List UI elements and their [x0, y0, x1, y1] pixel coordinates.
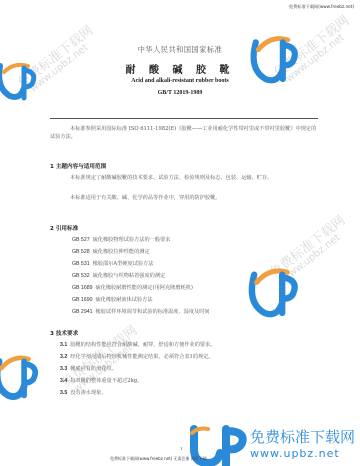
national-standard-label: 中华人民共和国国家标准 — [0, 45, 360, 55]
requirement-item: 3.1胶靴的结构性能应符合耐酸碱、耐穿、舒适和方便作业的要求。 — [60, 341, 215, 348]
reference-item: GB 532硫化橡胶与织物粘着强度的测定 — [72, 272, 165, 279]
requirement-item: 3.5没有渗水现象。 — [60, 389, 107, 396]
reference-item: GB 527硫化橡胶物理试验方法的一般要求 — [72, 236, 170, 243]
page-number: 1 — [180, 446, 183, 451]
document-title-en: Acid and alkali-resistant rubber boots — [0, 78, 360, 84]
requirement-item: 3.3靴底应有防滑花纹。 — [60, 365, 117, 372]
reference-item: GB 2941橡胶试样环境调节和试验的标准温度、湿度及时间 — [72, 308, 210, 315]
up-logo-icon — [244, 262, 300, 318]
intro-paragraph: 本标准参照采用国际标准 ISO 6111-1982(E)《胶靴——工业用耐化学性… — [50, 125, 318, 141]
reference-item: GB 528硫化橡胶拉伸性能的测定 — [72, 248, 150, 255]
requirement-item: 3.4每双靴的整体重量不超过2kg。 — [60, 377, 142, 384]
brand-watermark: 免费标准下载网 www.upbz.net — [250, 426, 355, 460]
title-divider — [50, 118, 318, 119]
reference-item: GB 1690硫化橡胶耐液体试验方法 — [72, 296, 153, 303]
top-site-link[interactable]: 免费标准下载网(www.freebz.net) — [289, 4, 354, 10]
reference-item: GB 1689硫化橡胶耐磨性能的测定(用阿克隆磨耗机) — [72, 284, 193, 291]
section-heading-3: 3 技术要求 — [50, 329, 78, 337]
section-1-paragraph: 本标准规定了耐酸碱胶靴的技术要求、试验方法、检验规则及标志、包装、运输、贮存。 — [50, 174, 318, 182]
requirement-item: 3.2经化学剂浸渍后物理机械性能测定结果，必须符合表1的规定。 — [60, 353, 214, 360]
reference-item: GB 531橡胶邵尔A型硬度试验方法 — [72, 260, 153, 267]
up-logo-icon — [0, 350, 40, 400]
section-1-paragraph: 本标准适用于有关酸、碱、化学药品等作业中，穿用的防护胶靴。 — [50, 194, 318, 202]
section-heading-1: 1 主题内容与适用范围 — [50, 162, 106, 170]
bottom-site-link[interactable]: 免费标准下载网(www.freebz.net) 无需注册 即可下载 — [110, 456, 207, 462]
standard-number: GB/T 12019-1989 — [0, 90, 360, 96]
section-heading-2: 2 引用标准 — [50, 224, 78, 232]
document-title-cn: 耐 酸 碱 胶 靴 — [0, 61, 360, 76]
